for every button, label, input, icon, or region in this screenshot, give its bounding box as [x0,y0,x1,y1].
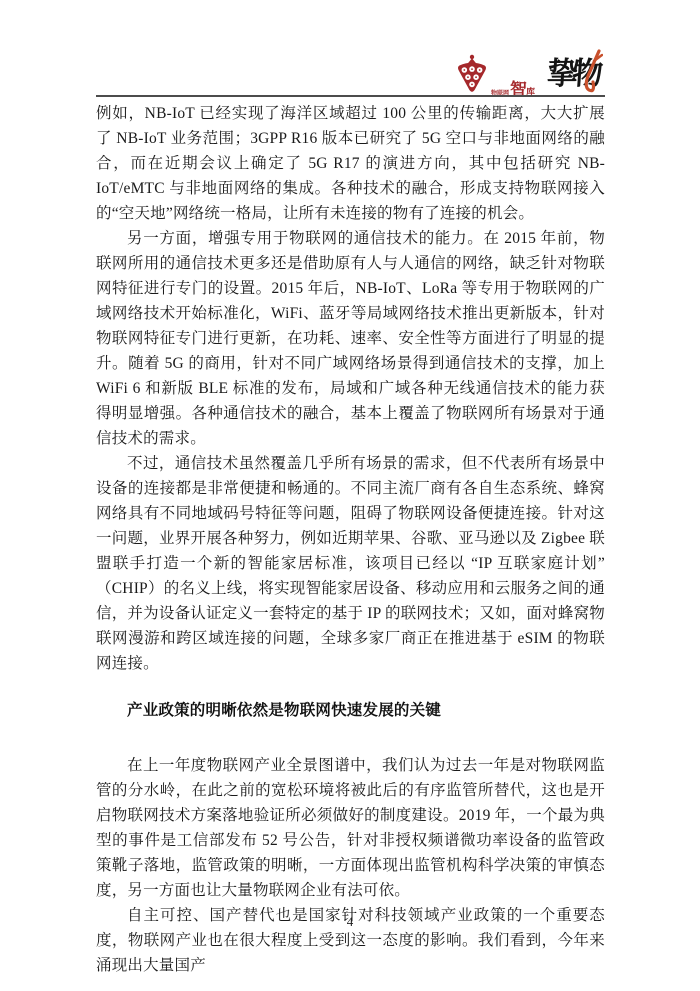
paragraph-comm-tech-enhancement: 另一方面，增强专用于物联网的通信技术的能力。在 2015 年前，物联网所用的通信… [96,226,605,451]
page-header: 物联网智库 挚物 [454,50,603,97]
paragraph-connectivity-challenges: 不过，通信技术虽然覆盖几乎所有场景的需求，但不代表所有场景中设备的连接都是非常便… [96,451,605,676]
page-number: 4 [347,914,354,929]
zhiwu-logo: 挚物 [547,50,603,97]
iot-emblem-icon [454,52,490,97]
iot-think-tank-logo: 物联网智库 [454,52,535,97]
section-heading-industry-policy: 产业政策的明晰依然是物联网快速发展的关键 [96,698,605,723]
document-page: 物联网智库 挚物 例如，NB-IoT 已经实现了海洋区域超过 100 公里的传输… [0,0,700,991]
zhiwu-logo-text: 挚物 [546,58,604,89]
header-rule [96,95,605,97]
document-body: 例如，NB-IoT 已经实现了海洋区域超过 100 公里的传输距离，大大扩展了 … [96,101,605,978]
page-footer: 4 [0,914,700,930]
paragraph-nbiot-fusion: 例如，NB-IoT 已经实现了海洋区域超过 100 公里的传输距离，大大扩展了 … [96,101,605,226]
paragraph-regulation-watershed: 在上一年度物联网产业全景图谱中，我们认为过去一年是对物联网监管的分水岭，在此之前… [96,753,605,903]
